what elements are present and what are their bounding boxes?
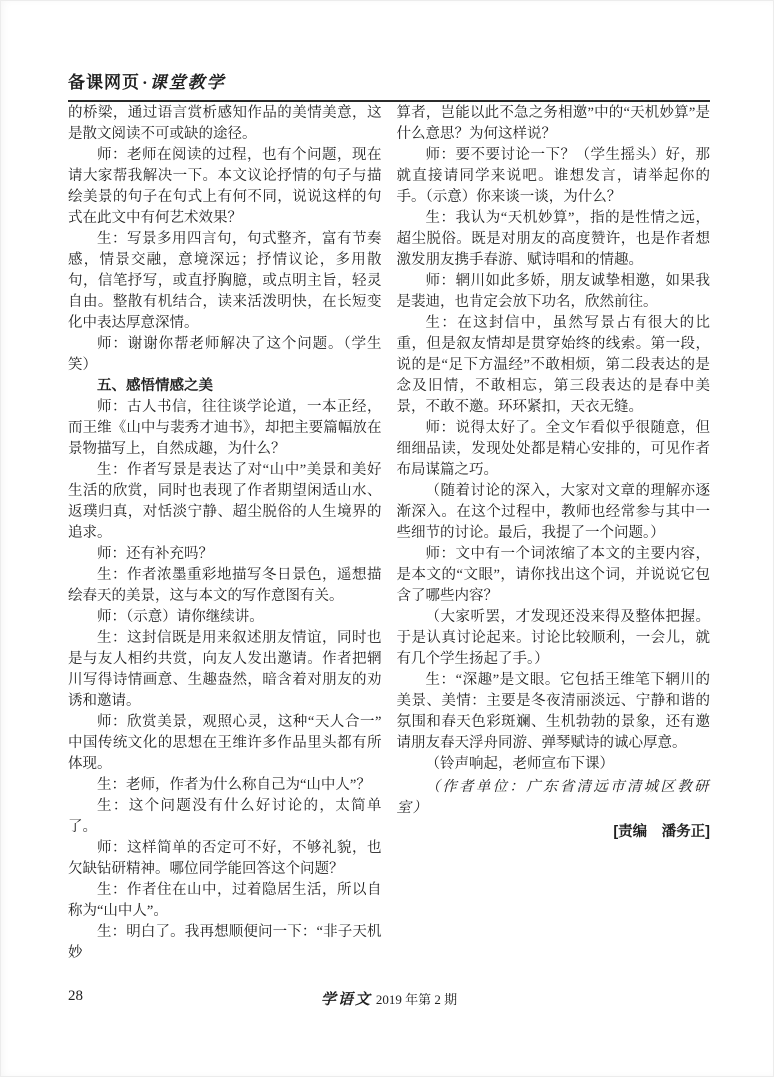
paragraph: 师：文中有一个词浓缩了本文的主要内容，是本文的“文眼”，请你找出这个词，并说说它… <box>397 544 711 607</box>
paragraph: 生：“深趣”是文眼。它包括王维笔下辋川的美景、美情：主要是冬夜清丽淡远、宁静和谐… <box>397 670 711 754</box>
paragraph: 算者，岂能以此不急之务相邀”中的“天机妙算”是什么意思？为何这样说？ <box>397 103 711 145</box>
paragraph: 师：说得太好了。全文乍看似乎很随意，但细细品读，发现处处都是精心安排的，可见作者… <box>397 418 711 481</box>
paragraph: （铃声响起，老师宣布下课） <box>397 754 711 775</box>
paragraph: 生：作者写景是表达了对“山中”美景和美好生活的欣赏，同时也表现了作者期望闲适山水… <box>68 460 382 544</box>
journal-issue-line: 学语文2019 年第 2 期 <box>68 988 710 1009</box>
page-header: 备课网页·课堂教学 <box>68 68 710 102</box>
paragraph: 师：欣赏美景，观照心灵，这种“天人合一”中国传统文化的思想在王维许多作品里头都有… <box>68 712 382 775</box>
paragraph: 师：辋川如此多娇，朋友诚挚相邀，如果我是裴迪，也肯定会放下功名，欣然前往。 <box>397 271 711 313</box>
article-body: 的桥梁，通过语言赏析感知作品的美情美意，这是散文阅读不可或缺的途径。师：老师在阅… <box>68 103 710 964</box>
paragraph: 的桥梁，通过语言赏析感知作品的美情美意，这是散文阅读不可或缺的途径。 <box>68 103 382 145</box>
issue-info: 2019 年第 2 期 <box>376 992 457 1007</box>
journal-name: 学语文 <box>321 990 372 1008</box>
paragraph: 师：古人书信，往往谈学论道，一本正经，而王维《山中与裴秀才迪书》，却把主要篇幅放… <box>68 397 382 460</box>
paragraph: 师：谢谢你帮老师解决了这个问题。（学生笑） <box>68 334 382 376</box>
paragraph: 师：老师在阅读的过程，也有个问题，现在请大家帮我解决一下。本文议论抒情的句子与描… <box>68 145 382 229</box>
paragraph: （大家听罢，才发现还没来得及整体把握。于是认真讨论起来。讨论比较顺利，一会儿，就… <box>397 607 711 670</box>
paragraph: 生：作者住在山中，过着隐居生活，所以自称为“山中人”。 <box>68 880 382 922</box>
paragraph: 生：作者浓墨重彩地描写冬日景色，遥想描绘春天的美景，这与本文的写作意图有关。 <box>68 565 382 607</box>
paragraph: 生：在这封信中，虽然写景占有很大的比重，但是叙友情却是贯穿始终的线索。第一段，说… <box>397 313 711 418</box>
paragraph: 生：这个问题没有什么好讨论的，太简单了。 <box>68 796 382 838</box>
paragraph: 生：我认为“天机妙算”，指的是性情之远，超尘脱俗。既是对朋友的高度赞许，也是作者… <box>397 208 711 271</box>
paragraph: 生：明白了。我再想顺便问一下：“非子天机妙 <box>68 922 382 964</box>
paragraph: 师：还有补充吗？ <box>68 544 382 565</box>
section-heading: 五、感悟情感之美 <box>68 376 382 397</box>
paragraph: （作者单位：广东省清远市清城区教研室） <box>397 777 711 819</box>
left-column: 的桥梁，通过语言赏析感知作品的美情美意，这是散文阅读不可或缺的途径。师：老师在阅… <box>68 103 382 964</box>
paragraph: 师：要不要讨论一下？（学生摇头）好，那就直接请同学来说吧。谁想发言，请举起你的手… <box>397 145 711 208</box>
header-section-title: 备课网页 <box>68 73 140 92</box>
paragraph: 生：老师，作者为什么称自己为“山中人”？ <box>68 775 382 796</box>
page-footer: 28 学语文2019 年第 2 期 <box>68 988 710 1010</box>
paragraph: [责编 潘务正] <box>397 822 711 843</box>
paragraph: 生：写景多用四言句，句式整齐，富有节奏感，情景交融，意境深远；抒情议论，多用散句… <box>68 229 382 334</box>
right-column: 算者，岂能以此不急之务相邀”中的“天机妙算”是什么意思？为何这样说？师：要不要讨… <box>397 103 711 964</box>
header-separator-dot: · <box>140 73 150 92</box>
header-column-title: 课堂教学 <box>150 73 226 93</box>
paragraph: 师：这样简单的否定可不好，不够礼貌，也欠缺钻研精神。哪位同学能回答这个问题？ <box>68 838 382 880</box>
journal-page: 备课网页·课堂教学 的桥梁，通过语言赏析感知作品的美情美意，这是散文阅读不可或缺… <box>0 0 774 1077</box>
paragraph: 师：（示意）请你继续讲。 <box>68 607 382 628</box>
paragraph: 生：这封信既是用来叙述朋友情谊，同时也是与友人相约共赏，向友人发出邀请。作者把辋… <box>68 628 382 712</box>
paragraph: （随着讨论的深入，大家对文章的理解亦逐渐深入。在这个过程中，教师也经常参与其中一… <box>397 481 711 544</box>
